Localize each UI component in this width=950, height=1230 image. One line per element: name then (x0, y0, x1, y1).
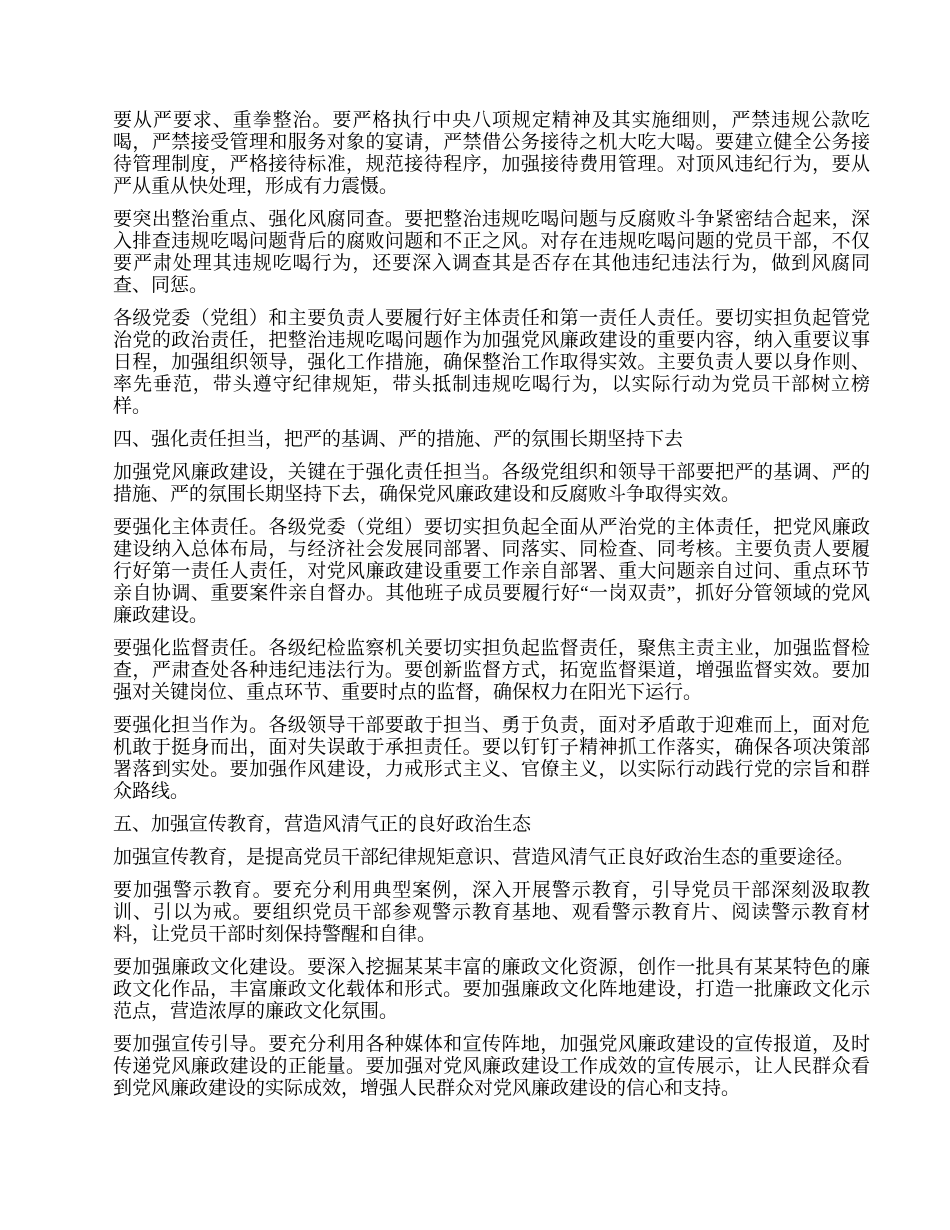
paragraph: 要从严要求、重拳整治。要严格执行中央八项规定精神及其实施细则，严禁违规公款吃喝，… (113, 110, 870, 198)
paragraph: 要加强廉政文化建设。要深入挖掘某某丰富的廉政文化资源，创作一批具有某某特色的廉政… (113, 957, 870, 1023)
paragraph: 要强化主体责任。各级党委（党组）要切实担负起全面从严治党的主体责任，把党风廉政建… (113, 517, 870, 627)
paragraph: 要加强宣传引导。要充分利用各种媒体和宣传阵地，加强党风廉政建设的宣传报道，及时传… (113, 1034, 870, 1100)
paragraph: 加强党风廉政建设，关键在于强化责任担当。各级党组织和领导干部要把严的基调、严的措… (113, 462, 870, 506)
section-heading: 五、加强宣传教育，营造风清气正的良好政治生态 (113, 814, 870, 836)
paragraph: 要强化监督责任。各级纪检监察机关要切实担负起监督责任，聚焦主责主业，加强监督检查… (113, 638, 870, 704)
document-body: 要从严要求、重拳整治。要严格执行中央八项规定精神及其实施细则，严禁违规公款吃喝，… (113, 110, 870, 1100)
paragraph: 各级党委（党组）和主要负责人要履行好主体责任和第一责任人责任。要切实担负起管党治… (113, 308, 870, 418)
document-page: 要从严要求、重拳整治。要严格执行中央八项规定精神及其实施细则，严禁违规公款吃喝，… (0, 0, 950, 1230)
paragraph: 加强宣传教育，是提高党员干部纪律规矩意识、营造风清气正良好政治生态的重要途径。 (113, 847, 870, 869)
section-heading: 四、强化责任担当，把严的基调、严的措施、严的氛围长期坚持下去 (113, 429, 870, 451)
paragraph: 要突出整治重点、强化风腐同查。要把整治违规吃喝问题与反腐败斗争紧密结合起来，深入… (113, 209, 870, 297)
paragraph: 要加强警示教育。要充分利用典型案例，深入开展警示教育，引导党员干部深刻汲取教训、… (113, 880, 870, 946)
paragraph: 要强化担当作为。各级领导干部要敢于担当、勇于负责，面对矛盾敢于迎难而上，面对危机… (113, 715, 870, 803)
